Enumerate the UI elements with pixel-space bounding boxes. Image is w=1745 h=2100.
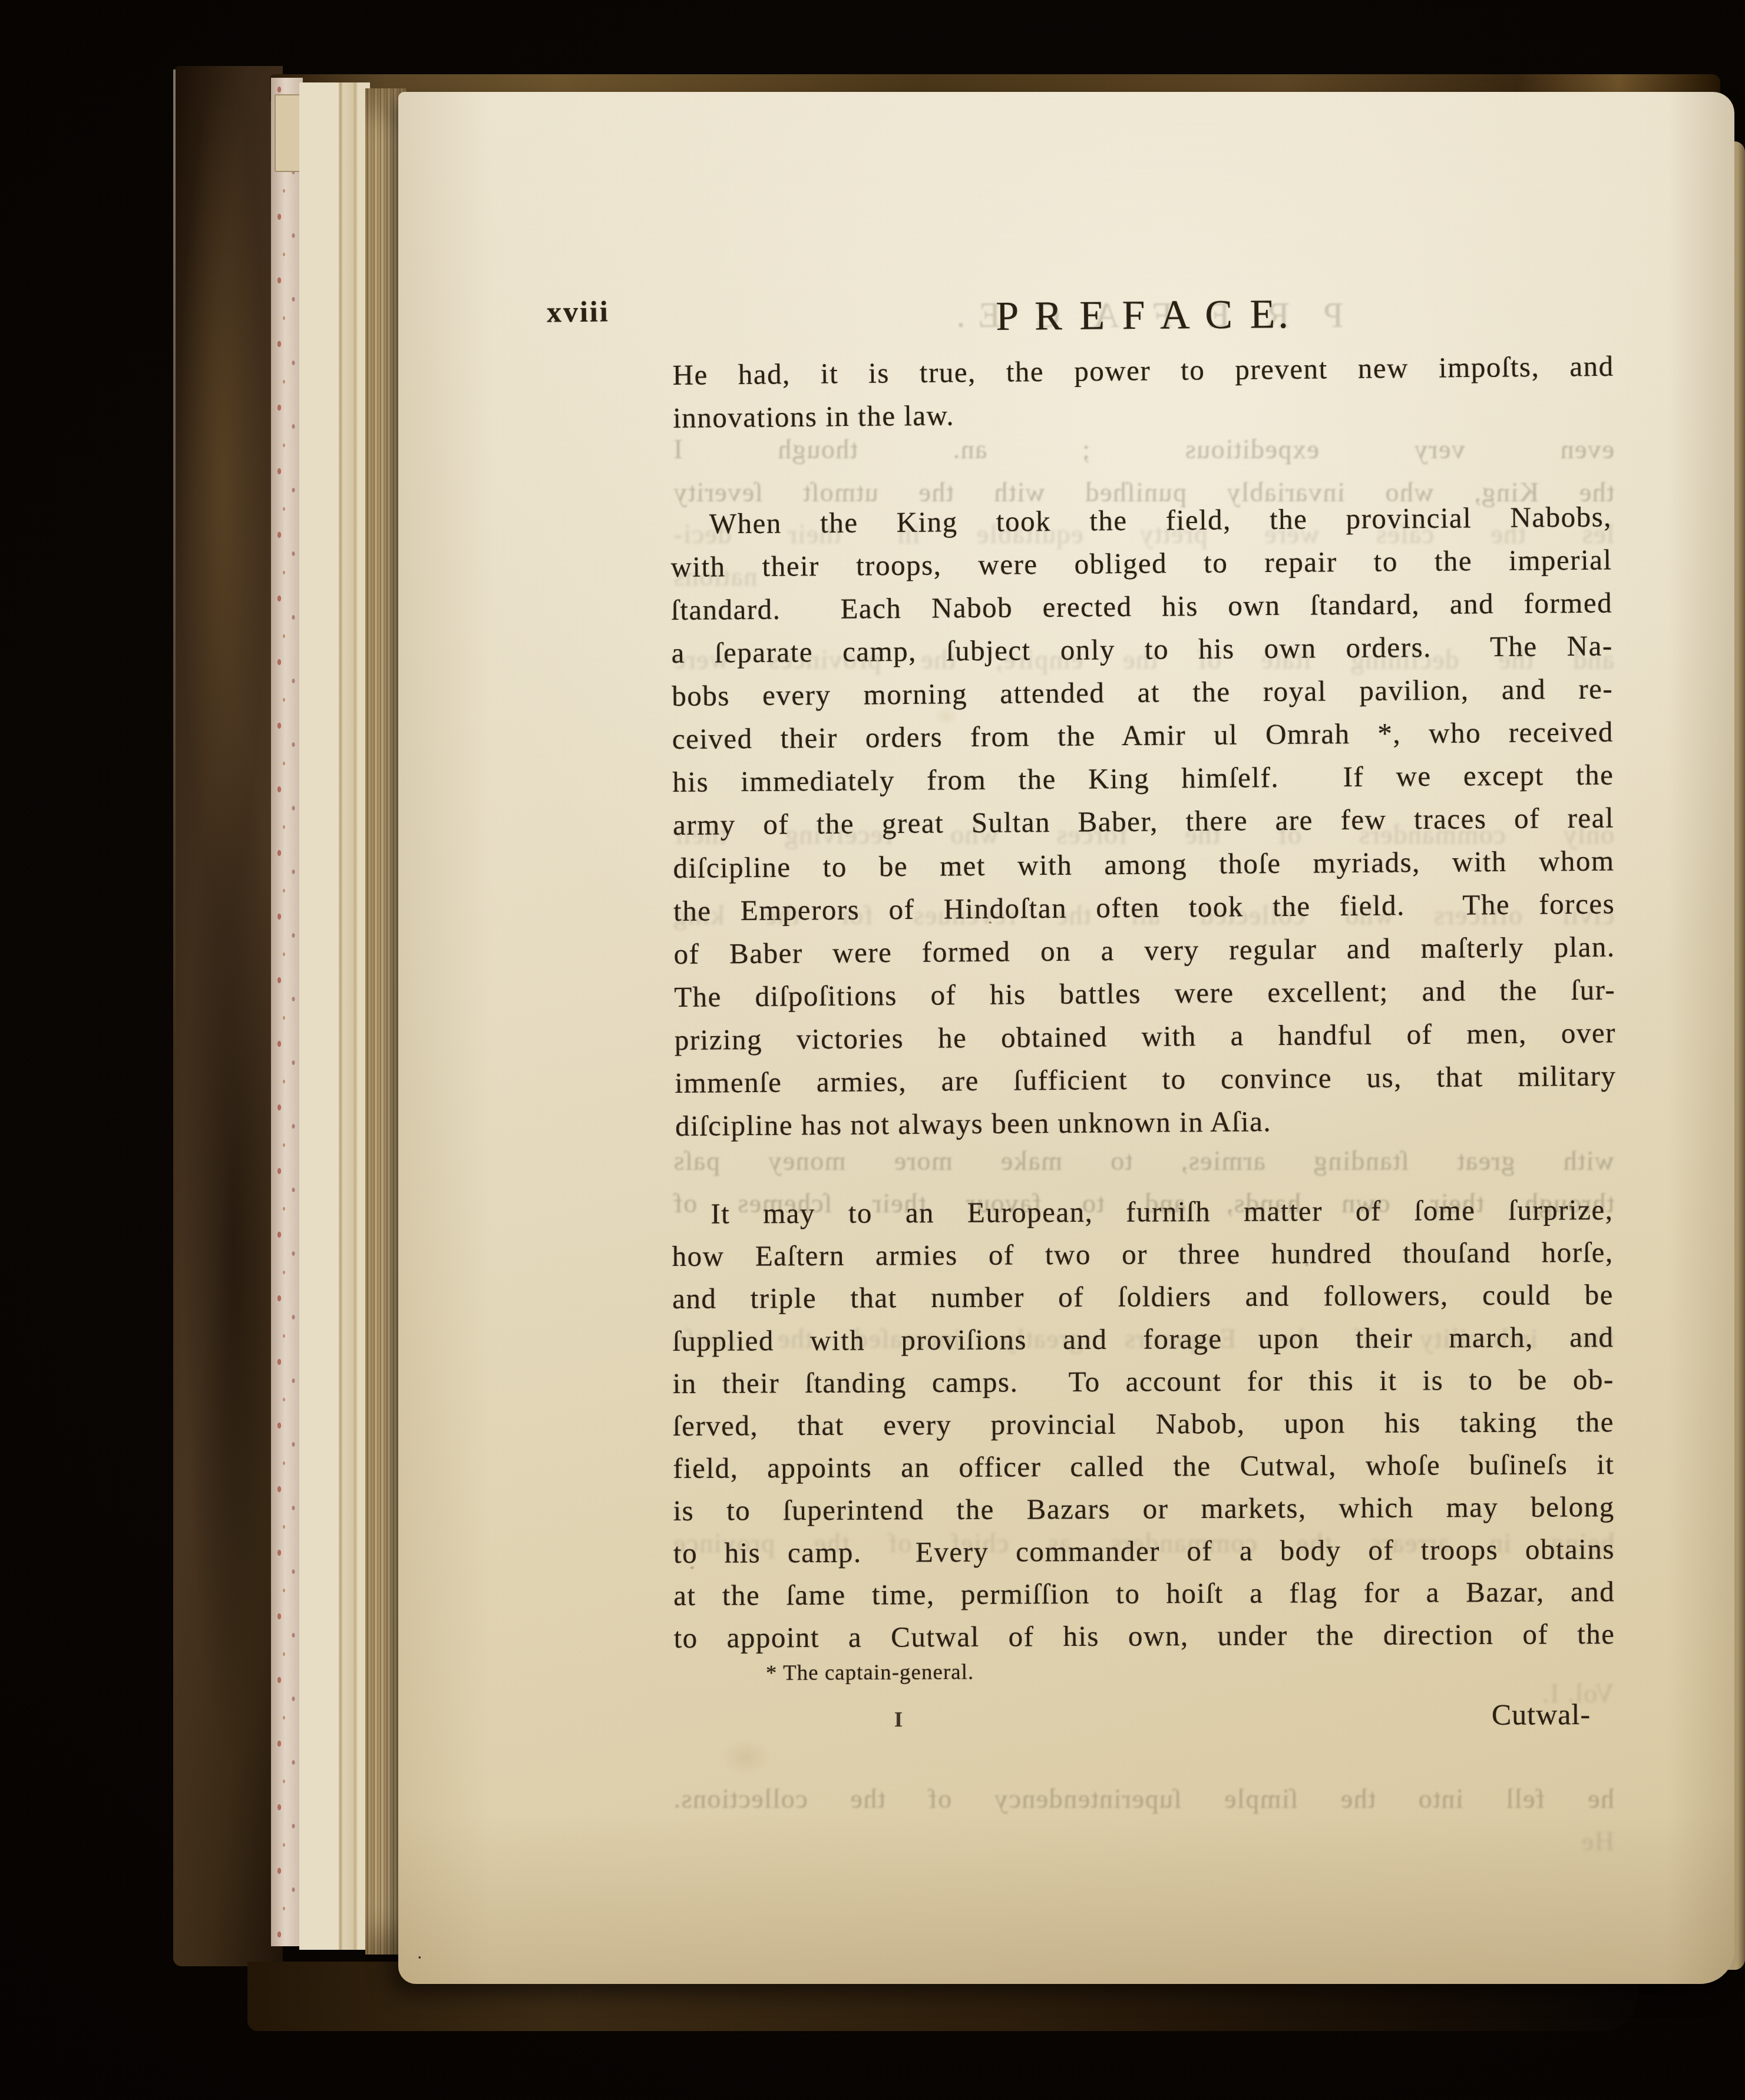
text-line: and triple that number of ſoldiers and f…	[672, 1274, 1614, 1320]
page-stack-edge	[299, 82, 370, 1950]
text-line: When the King took the field, the provin…	[670, 495, 1612, 545]
text-line: He had, it is true, the power to prevent…	[672, 345, 1614, 396]
text-line: his immediately from the King himſelf. I…	[672, 753, 1614, 803]
text-line: diſcipline has not always been unknown i…	[675, 1097, 1617, 1147]
text-line: ſtandard. Each Nabob erected his own ſta…	[671, 581, 1613, 631]
text-line: at the ſame time, permiſſion to hoiſt a …	[673, 1570, 1615, 1617]
text-line: of Baber were formed on a very regular a…	[673, 925, 1615, 975]
signature-mark: I	[857, 1707, 940, 1732]
bleedthrough-text-line: He	[673, 1824, 1614, 1859]
text-line: immenſe armies, are ſufficient to convin…	[675, 1054, 1617, 1104]
book-cover-board	[173, 66, 283, 1966]
text-line: The diſpoſitions of his battles were exc…	[674, 968, 1616, 1018]
page-number: xviii	[547, 294, 610, 329]
text-line: ſupplied with proviſions and forage upon…	[672, 1316, 1614, 1362]
text-line: in their ſtanding camps. To account for …	[673, 1358, 1614, 1405]
marbled-endpaper-edge	[271, 78, 303, 1946]
running-header-title: P R E F A C E.	[673, 289, 1615, 343]
text-line: prizing victories he obtained with a han…	[675, 1011, 1617, 1061]
photo-background: P R E F A C E.even very expeditious ; an…	[0, 0, 1745, 2100]
text-line: the Emperors of Hindoſtan often took the…	[673, 882, 1615, 932]
text-line: ſerved, that every provincial Nabob, upo…	[673, 1401, 1614, 1447]
catchword: Cutwal-	[1331, 1697, 1591, 1732]
text-line: how Eaſtern armies of two or three hundr…	[672, 1231, 1614, 1278]
text-line: diſcipline to be met with among thoſe my…	[673, 839, 1615, 889]
bleedthrough-text-line: with great ſtanding armies, to make more…	[673, 1143, 1614, 1179]
text-line: It may to an European, furniſh matter of…	[672, 1189, 1613, 1235]
text-line: a ſeparate camp, ſubject only to his own…	[671, 624, 1613, 674]
paragraph: He had, it is true, the power to prevent…	[672, 345, 1614, 439]
text-line: army of the great Sultan Baber, there ar…	[673, 796, 1615, 846]
paragraph: When the King took the field, the provin…	[670, 495, 1617, 1147]
text-line: to appoint a Cutwal of his own, under th…	[673, 1613, 1615, 1659]
text-line: field, appoints an officer called the Cu…	[673, 1443, 1614, 1490]
paragraph: It may to an European, furniſh matter of…	[672, 1189, 1615, 1659]
text-line: with their troops, were obliged to repai…	[670, 538, 1612, 588]
bleedthrough-text-line: he fell into the ſimple ſuperintendency …	[673, 1781, 1614, 1817]
footnote: * The captain-general.	[766, 1659, 974, 1686]
text-line: to his camp. Every commander of a body o…	[673, 1528, 1615, 1575]
book-page: P R E F A C E.even very expeditious ; an…	[398, 92, 1734, 1984]
text-line: innovations in the law.	[673, 388, 1615, 439]
text-line: bobs every morning attended at the royal…	[672, 667, 1614, 717]
text-line: is to ſuperintend the Bazars or markets,…	[673, 1486, 1614, 1532]
text-line: ceived their orders from the Amir ul Omr…	[672, 710, 1614, 760]
